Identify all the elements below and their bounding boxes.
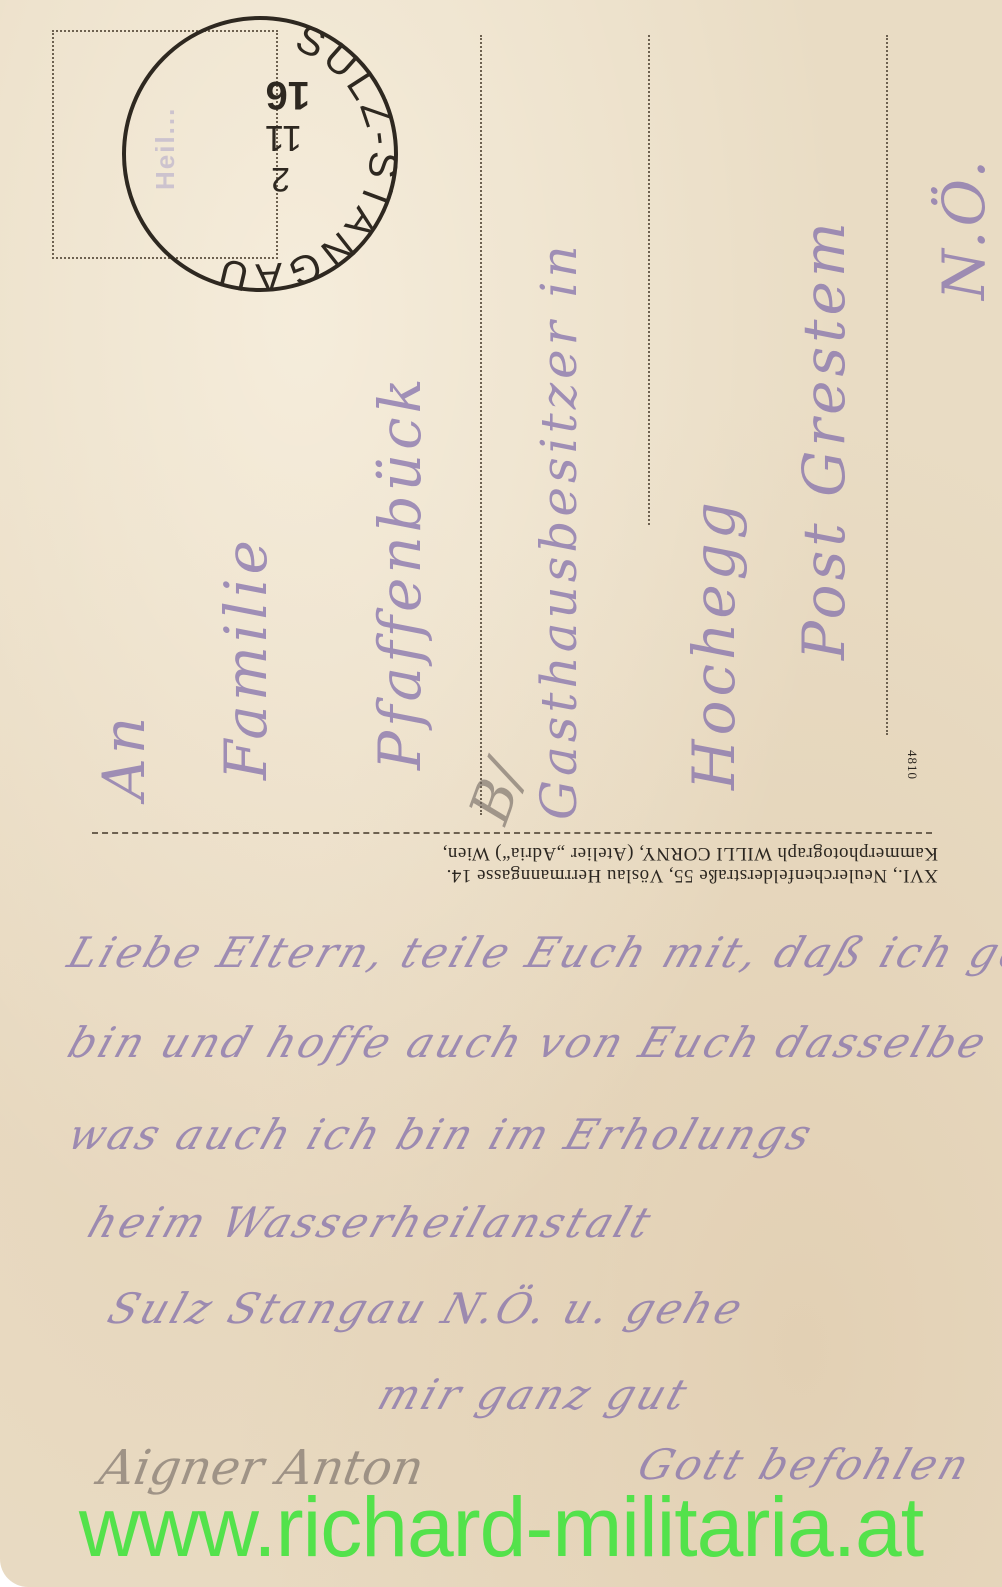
photographer-imprint: XVI., Neulerchenfelderstraße 55, Vöslau … — [88, 842, 938, 886]
postcard-back: Heil... SULZ-STANGAU 2 11 16 An Familie … — [0, 0, 1002, 1587]
address-line-3: Pfaffenbück — [366, 374, 434, 770]
message-line-2: bin und hoffe auch von Euch dasselbe — [62, 1018, 995, 1067]
message-line-5: Sulz Stangau N.Ö. u. gehe — [102, 1284, 751, 1333]
address-line-divider — [886, 35, 888, 735]
address-line-divider — [480, 35, 482, 815]
message-line-6: mir ganz gut — [372, 1370, 696, 1419]
message-line-1: Liebe Eltern, teile Euch mit, daß ich ge… — [62, 928, 1002, 977]
serial-number: 4810 — [904, 750, 920, 780]
pencil-mark: B/ — [457, 753, 539, 832]
address-line-7: N.Ö. — [930, 156, 998, 300]
address-line-4: Gasthausbesitzer in — [530, 241, 588, 820]
message-line-3: was auch ich bin im Erholungs — [62, 1110, 821, 1159]
postmark-day: 2 — [271, 160, 290, 198]
postmark-icon: SULZ-STANGAU 2 11 16 — [118, 12, 402, 296]
postmark-town: SULZ-STANGAU — [211, 12, 402, 296]
address-line-2: Familie — [212, 536, 280, 780]
imprint-line-1: Kammerphotograph WILLI CORNY, (Atelier „… — [88, 842, 938, 864]
address-line-divider — [648, 35, 650, 525]
postmark-month: 11 — [265, 118, 302, 159]
imprint-line-2: XVI., Neulerchenfelderstraße 55, Vöslau … — [88, 864, 938, 886]
message-line-4: heim Wasserheilanstalt — [82, 1198, 660, 1247]
watermark-text: www.richard-militaria.at — [0, 1482, 1002, 1572]
address-line-5: Hochegg — [680, 498, 748, 790]
postmark-year: 16 — [266, 73, 311, 117]
imprint-divider — [92, 832, 932, 834]
svg-text:SULZ-STANGAU: SULZ-STANGAU — [211, 12, 402, 296]
address-line-6: Post Grestem — [790, 218, 858, 660]
address-line-1: An — [90, 713, 158, 800]
